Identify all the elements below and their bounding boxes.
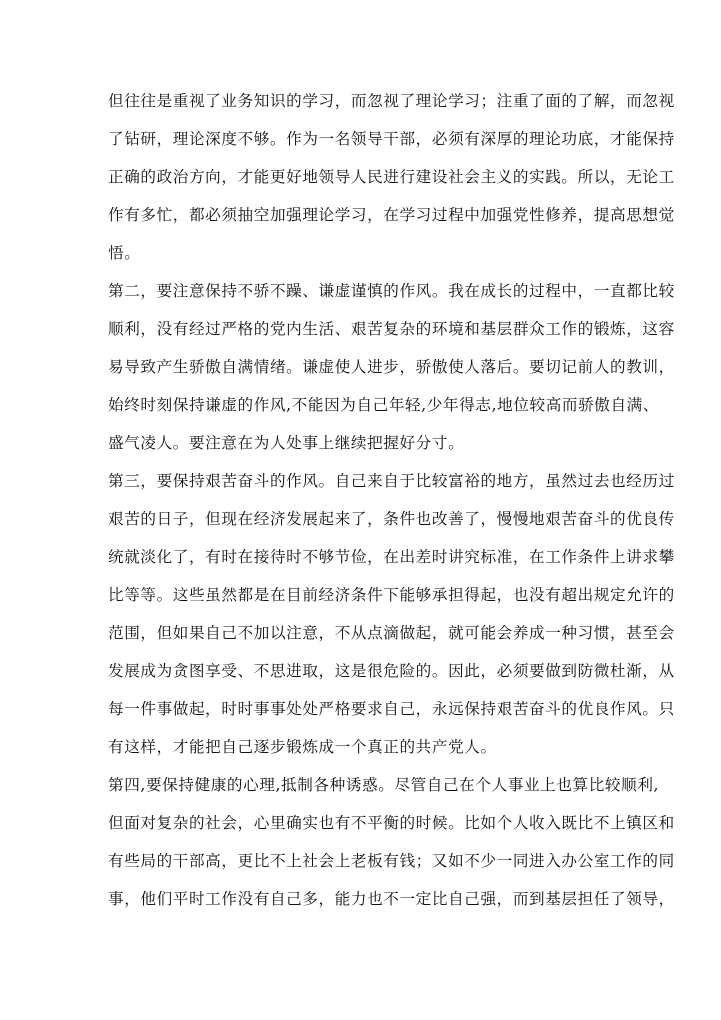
text-line: 有这样，才能把自己逐步锻炼成一个真正的共产党人。 xyxy=(108,728,614,766)
text-line: 始终时刻保持谦虚的作风,不能因为自己年轻,少年得志,地位较高而骄傲自满、 xyxy=(108,386,614,424)
text-line: 易导致产生骄傲自满情绪。谦虚使人进步，骄傲使人落后。要切记前人的教训， xyxy=(108,348,614,386)
text-line: 但往往是重视了业务知识的学习，而忽视了理论学习；注重了面的了解，而忽视 xyxy=(108,82,614,120)
text-line: 第三，要保持艰苦奋斗的作风。自己来自于比较富裕的地方，虽然过去也经历过 xyxy=(108,462,614,500)
text-line: 盛气凌人。要注意在为人处事上继续把握好分寸。 xyxy=(108,424,614,462)
document-page: 但往往是重视了业务知识的学习，而忽视了理论学习；注重了面的了解，而忽视 了钻研，… xyxy=(108,82,614,918)
text-line: 第四,要保持健康的心理,抵制各种诱惑。尽管自己在个人事业上也算比较顺利, xyxy=(108,766,614,804)
text-line: 悟。 xyxy=(108,234,614,272)
text-line: 作有多忙，都必须抽空加强理论学习，在学习过程中加强党性修养，提高思想觉 xyxy=(108,196,614,234)
text-line: 有些局的干部高，更比不上社会上老板有钱；又如不少一同进入办公室工作的同 xyxy=(108,842,614,880)
text-line: 但面对复杂的社会，心里确实也有不平衡的时候。比如个人收入既比不上镇区和 xyxy=(108,804,614,842)
text-line: 艰苦的日子，但现在经济发展起来了，条件也改善了，慢慢地艰苦奋斗的优良传 xyxy=(108,500,614,538)
text-line: 发展成为贪图享受、不思进取，这是很危险的。因此，必须要做到防微杜渐，从 xyxy=(108,652,614,690)
text-line: 顺利，没有经过严格的党内生活、艰苦复杂的环境和基层群众工作的锻炼，这容 xyxy=(108,310,614,348)
text-line: 范围，但如果自己不加以注意，不从点滴做起，就可能会养成一种习惯，甚至会 xyxy=(108,614,614,652)
text-line: 正确的政治方向，才能更好地领导人民进行建设社会主义的实践。所以，无论工 xyxy=(108,158,614,196)
text-line: 每一件事做起，时时事事处处严格要求自己，永远保持艰苦奋斗的优良作风。只 xyxy=(108,690,614,728)
text-line: 了钻研，理论深度不够。作为一名领导干部，必须有深厚的理论功底，才能保持 xyxy=(108,120,614,158)
text-line: 比等等。这些虽然都是在目前经济条件下能够承担得起，也没有超出规定允许的 xyxy=(108,576,614,614)
text-line: 事，他们平时工作没有自己多，能力也不一定比自己强，而到基层担任了领导， xyxy=(108,880,614,918)
text-line: 第二，要注意保持不骄不躁、谦虚谨慎的作风。我在成长的过程中，一直都比较 xyxy=(108,272,614,310)
text-line: 统就淡化了，有时在接待时不够节俭，在出差时讲究标准，在工作条件上讲求攀 xyxy=(108,538,614,576)
